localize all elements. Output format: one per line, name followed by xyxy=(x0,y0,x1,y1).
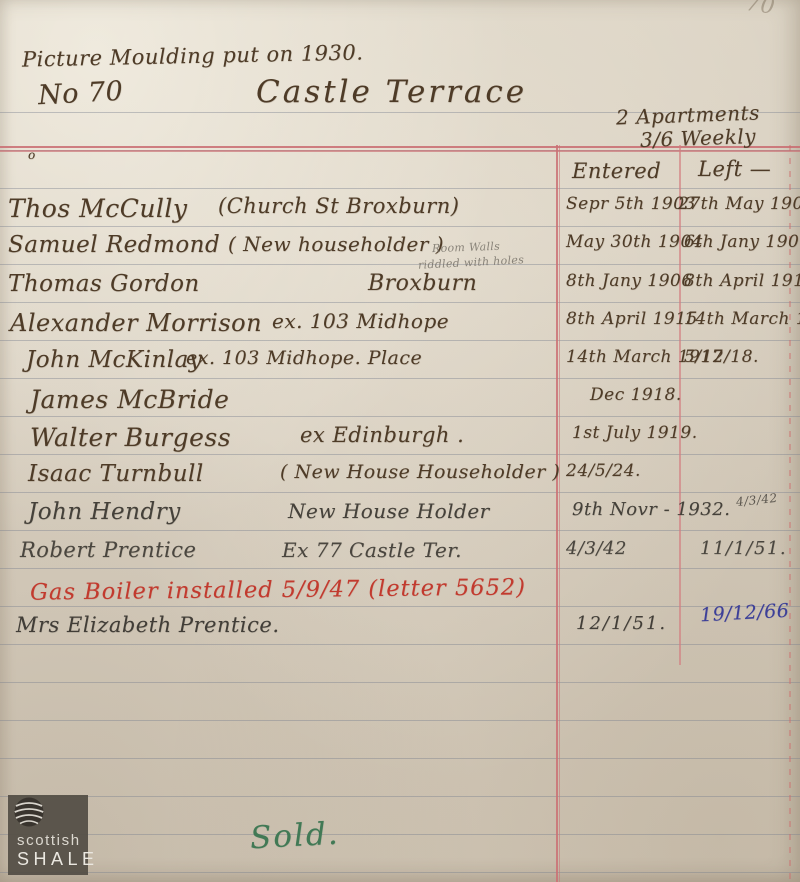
entered-date: Dec 1918. xyxy=(590,385,682,405)
tenant-name: Robert Prentice xyxy=(20,538,196,562)
left-date: 6th Jany 1906 xyxy=(684,232,800,252)
tenant-name: Isaac Turnbull xyxy=(28,461,204,487)
tenant-note: New House Holder xyxy=(288,499,490,523)
entered-date: Sepr 5th 1903 xyxy=(566,194,696,214)
tenant-name: Alexander Morrison xyxy=(10,309,262,337)
ledger-row: Samuel Redmond ( New householder ) May 3… xyxy=(0,232,800,270)
left-column-header: Left — xyxy=(698,157,771,181)
ledger-row: John McKinlay ex. 103 Midhope. Place 14t… xyxy=(0,347,800,385)
tenant-name: John McKinlay xyxy=(26,347,202,373)
tenant-note: (Church St Broxburn) xyxy=(218,194,460,218)
tenant-name: Walter Burgess xyxy=(30,423,231,452)
tenant-note: ex Edinburgh . xyxy=(300,423,464,447)
gas-boiler-annotation: Gas Boiler installed 5/9/47 (letter 5652… xyxy=(30,574,526,605)
street-name: Castle Terrace xyxy=(256,74,527,110)
page-number: 70 xyxy=(744,0,776,20)
left-date: 11/1/51. xyxy=(700,538,787,559)
tenant-name: Thomas Gordon xyxy=(8,271,200,297)
entered-date: May 30th 1904 xyxy=(566,232,703,252)
tenant-name: James McBride xyxy=(30,385,229,414)
logo-text-shale: SHALE xyxy=(17,849,99,870)
ledger-row: Thos McCully (Church St Broxburn) Sepr 5… xyxy=(0,194,800,232)
picture-moulding-note: Picture Moulding put on 1930. xyxy=(22,40,364,71)
logo-text-scottish: scottish xyxy=(17,832,81,849)
entered-date: 4/3/42 xyxy=(566,538,627,559)
left-date: 14th March 1917 xyxy=(684,309,800,329)
entered-date: 8th April 1915 xyxy=(566,309,698,329)
ledger-row: John Hendry New House Holder 9th Novr - … xyxy=(0,499,800,537)
entered-date: 9th Novr - 1932. xyxy=(572,499,730,520)
ledger-row: James McBride Dec 1918. xyxy=(0,385,800,423)
tenant-note: ( New House Householder ) xyxy=(280,461,560,483)
rent-note: 3/6 Weekly xyxy=(640,124,757,152)
left-date: 8th April 1915 xyxy=(684,271,800,291)
tenant-note: Broxburn xyxy=(368,271,477,296)
ledger-row: Mrs Elizabeth Prentice. 12/1/51. 19/12/6… xyxy=(0,613,800,651)
tenant-name: Samuel Redmond xyxy=(8,232,220,258)
tenant-note: Ex 77 Castle Ter. xyxy=(282,538,462,562)
entered-date: 1st July 1919. xyxy=(572,423,698,443)
tenant-name: John Hendry xyxy=(28,499,181,525)
left-date: 5/12/18. xyxy=(684,347,759,367)
sold-annotation: Sold. xyxy=(249,816,340,857)
pencil-note: Room Walls xyxy=(432,240,500,255)
tenant-note: ex. 103 Midhope. Place xyxy=(186,347,422,369)
left-date: 27th May 1904 xyxy=(678,194,800,214)
left-date: 4/3/42 xyxy=(735,491,778,509)
entered-column-header: Entered xyxy=(572,159,661,183)
ledger-row: Walter Burgess ex Edinburgh . 1st July 1… xyxy=(0,423,800,461)
tenant-note: ex. 103 Midhope xyxy=(272,309,449,333)
entered-date: 24/5/24. xyxy=(566,461,641,481)
ledger-row: Isaac Turnbull ( New House Householder )… xyxy=(0,461,800,499)
entered-date: 12/1/51. xyxy=(576,613,667,634)
tenant-name: Mrs Elizabeth Prentice. xyxy=(16,613,280,637)
ledger-row: Thomas Gordon Broxburn 8th Jany 1906 8th… xyxy=(0,271,800,309)
entered-date: 8th Jany 1906 xyxy=(566,271,693,291)
ledger-row: Robert Prentice Ex 77 Castle Ter. 4/3/42… xyxy=(0,538,800,576)
scottish-shale-watermark: scottish SHALE xyxy=(8,795,88,875)
ledger-row: Alexander Morrison ex. 103 Midhope 8th A… xyxy=(0,309,800,347)
left-date: 19/12/66 xyxy=(699,600,789,627)
ledger-page: Picture Moulding put on 1930. No 70 Cast… xyxy=(0,0,800,882)
globe-icon xyxy=(13,796,45,828)
stray-ink-mark: o xyxy=(28,148,36,162)
tenant-name: Thos McCully xyxy=(8,194,188,223)
house-number: No 70 xyxy=(37,76,124,111)
tenant-note: ( New householder ) xyxy=(228,232,444,256)
